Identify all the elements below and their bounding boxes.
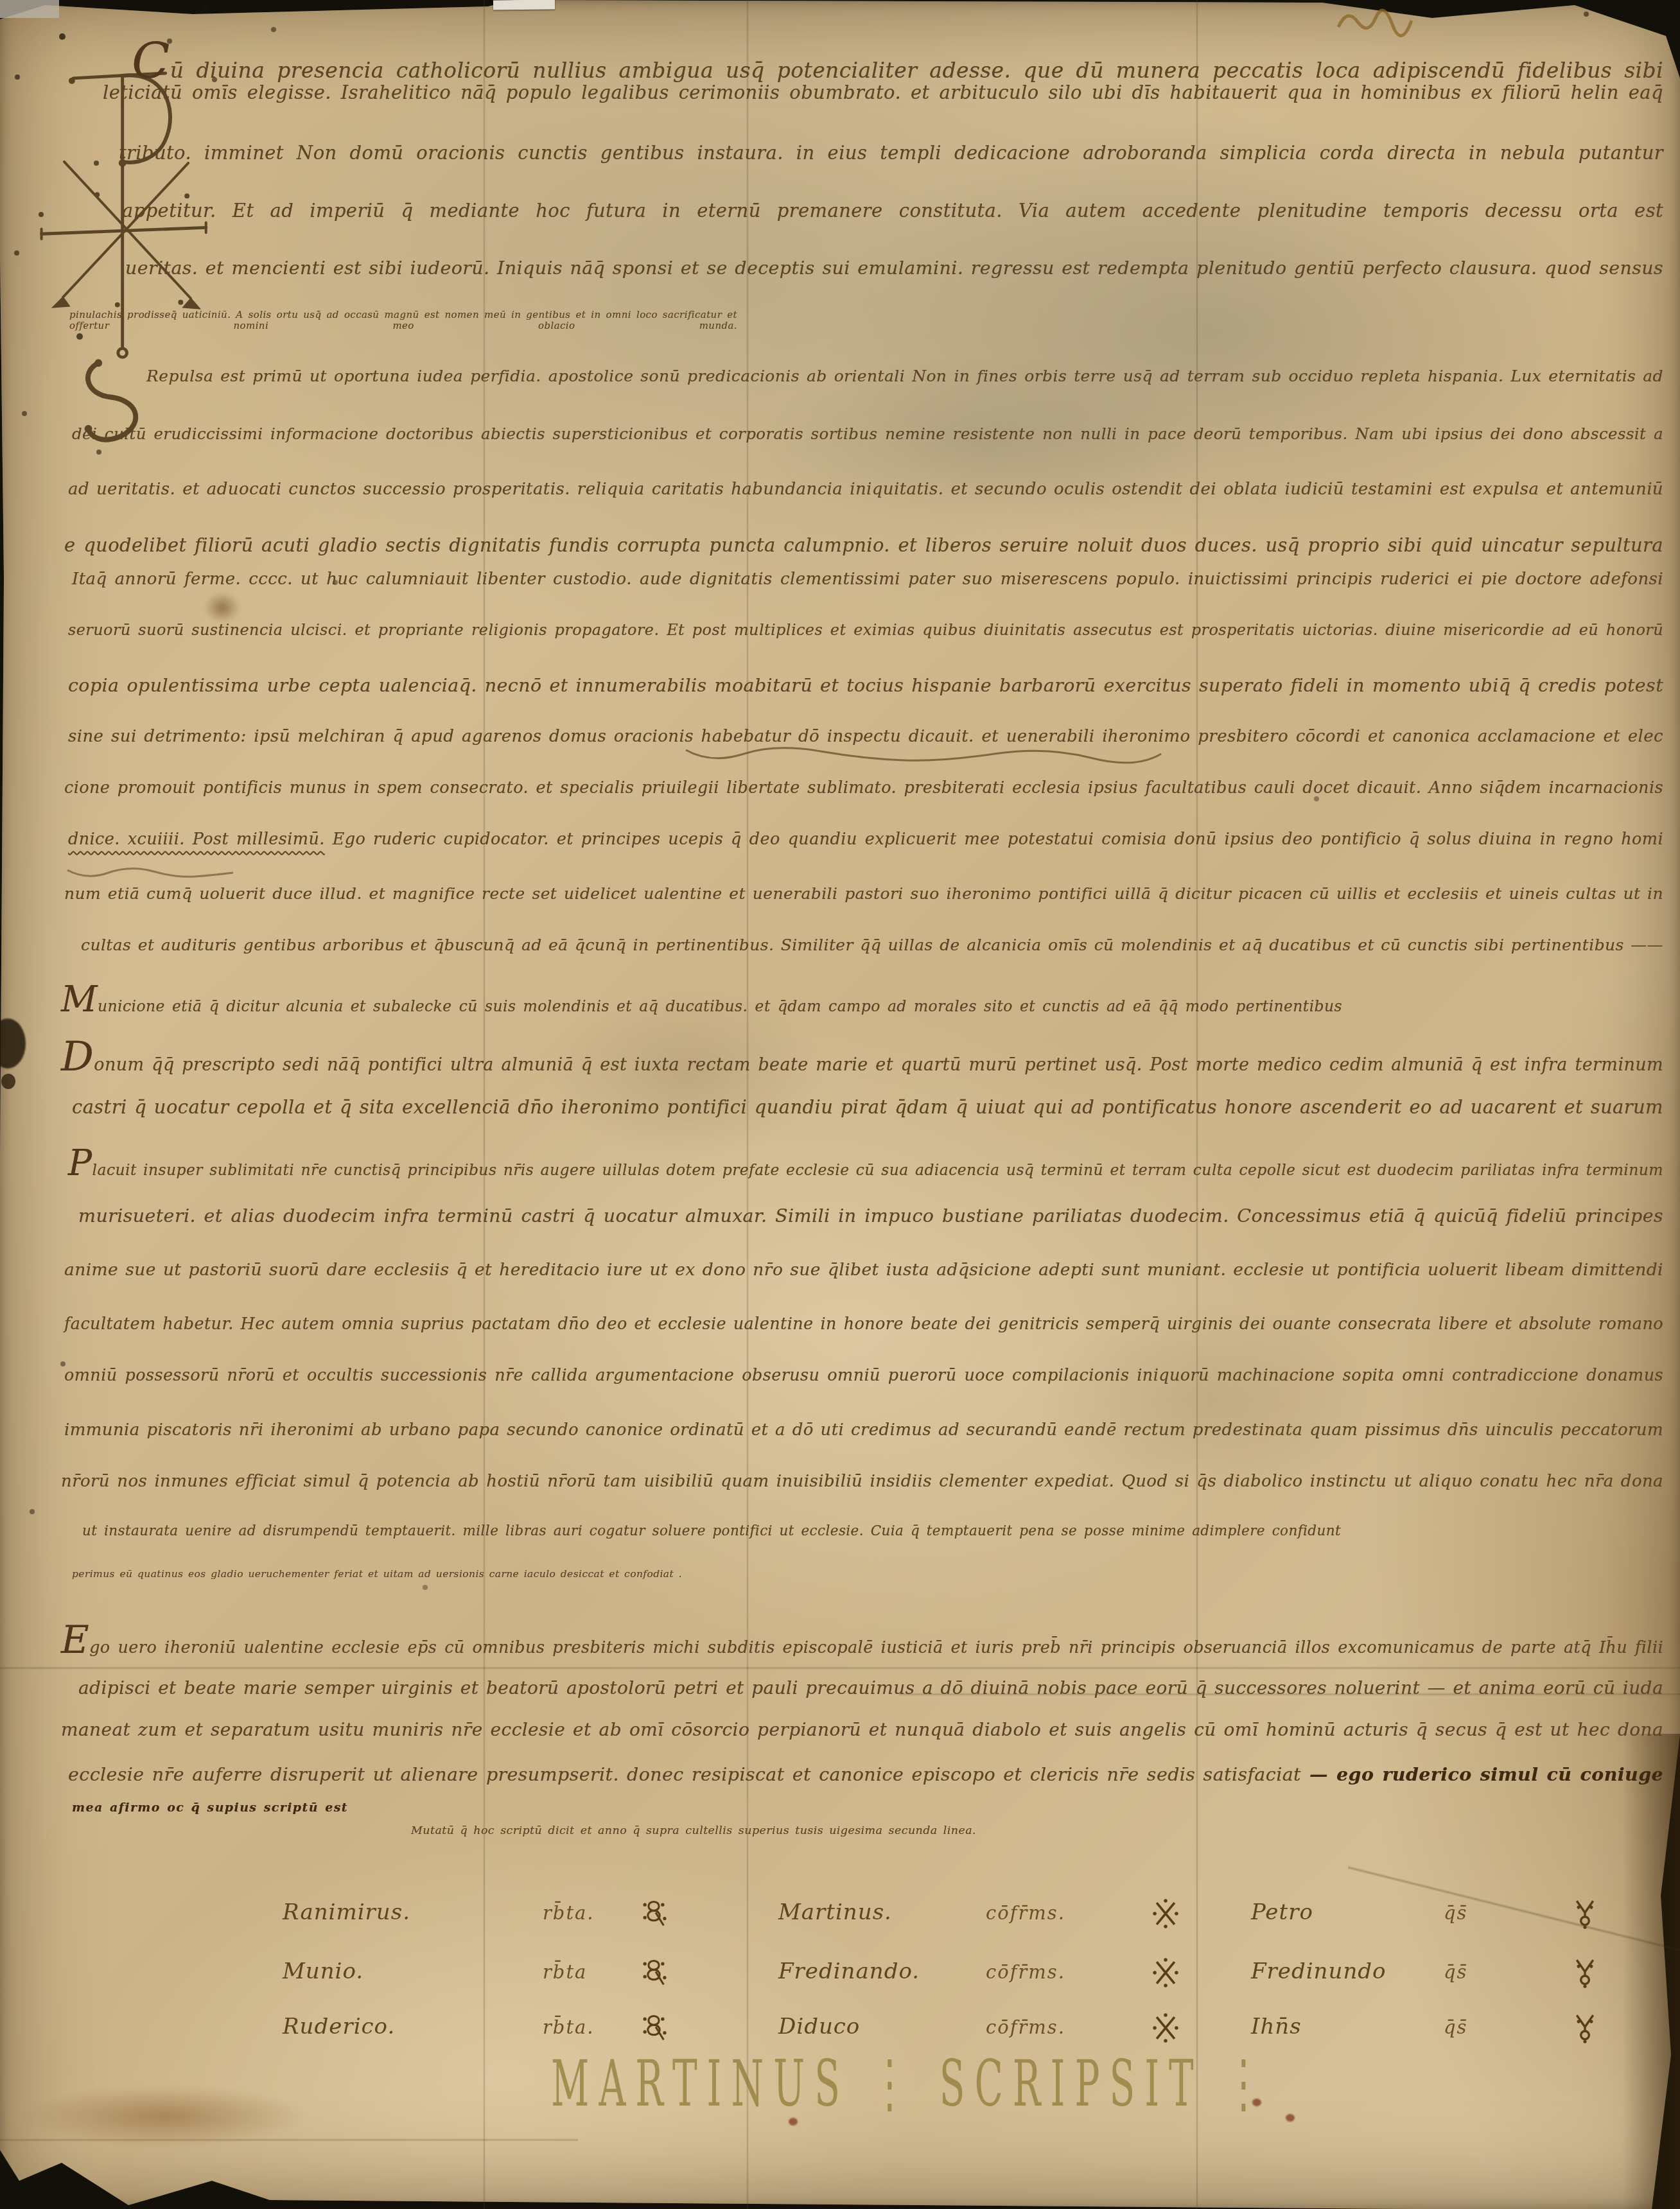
ink-blot (1, 1074, 15, 1089)
manuscript-line: leticiatū omīs elegisse. Israhelitico nā… (103, 82, 1663, 103)
manuscript-line: nr̄orū nos inmunes efficiat simul q̄ pot… (61, 1472, 1663, 1491)
rho-signum-icon (641, 2013, 667, 2043)
charter-photo: Cū diuina presencia catholicorū nullius … (0, 0, 1680, 2209)
manuscript-line: adipisci et beate marie semper uirginis … (78, 1678, 1663, 1698)
manuscript-line: dnice. xcuiiii. Post millesimū. Ego rude… (68, 830, 1663, 849)
manuscript-line: appetitur. Et ad imperiū q̄ mediante hoc… (122, 200, 1663, 221)
manuscript-line: ad ueritatis. et aduocati cunctos succes… (68, 480, 1663, 499)
manuscript-line: Donum q̄q̄ prescripto sedi nāq̄ pontific… (61, 1042, 1663, 1075)
witness-confirmation-mark: cōfr̄ms. (986, 2016, 1065, 2038)
witness-confirmation-mark: cōfr̄ms. (986, 1902, 1065, 1924)
cross-signum-icon (1153, 1898, 1178, 1929)
manuscript-line: facultatem habetur. Hec autem omnia supr… (64, 1315, 1663, 1334)
subscription-note: Mutatū q̄ hoc scriptū dicit et anno q̄ s… (411, 1825, 976, 1838)
archive-mark-icon (1334, 4, 1418, 39)
rho-signum-icon (641, 1957, 667, 1988)
manuscript-line: immunia piscatoris nr̄i iheronimi ab urb… (64, 1421, 1663, 1440)
manuscript-line: maneat zum et separatum usitu muniris nr… (61, 1720, 1663, 1740)
autograph-line: mea afirmo oc q̄ supius scriptū est (72, 1801, 348, 1815)
witness-confirmation-mark: rb̄ta (543, 1961, 587, 1983)
autograph-fragment: — ego ruderico simul cū coniuge (1301, 1763, 1663, 1785)
witness-confirmation-mark: cōfr̄ms. (986, 1961, 1065, 1983)
manuscript-line: seruorū suorū sustinencia ulcisci. et pr… (68, 622, 1663, 639)
witness-name: Diduco (778, 2014, 860, 2039)
witness-confirmation-mark: q̄s̄ (1444, 2016, 1467, 2038)
manuscript-line: Ego uero iheroniū ualentine ecclesie ep̄… (61, 1627, 1663, 1657)
stain (23, 2086, 306, 2147)
manuscript-line: cultas et audituris gentibus arboribus e… (81, 936, 1663, 954)
witness-confirmation-mark: rb̄ta. (543, 2016, 595, 2038)
manuscript-line: ecclesie nr̄e auferre disruperit ut alie… (68, 1765, 1663, 1785)
cross-signum-icon (1153, 2013, 1178, 2043)
manuscript-line: Itaq̄ annorū ferme. cccc. ut huc calumni… (72, 570, 1663, 589)
manuscript-line: copia opulentissima urbe cepta ualenciaq… (68, 676, 1663, 696)
manuscript-line: sine sui detrimento: ipsū melchiran q̄ a… (68, 728, 1663, 746)
edge-stain (1622, 1734, 1680, 2209)
fold-crease (0, 1666, 1680, 1670)
witness-confirmation-mark: rb̄ta. (543, 1902, 595, 1924)
manuscript-line: num etiā cumq̄ uoluerit duce illud. et m… (64, 885, 1663, 903)
cross-signum-icon (1153, 1957, 1178, 1988)
manuscript-line: pinulachis prodisseq̄ uaticiniū. A solis… (69, 310, 737, 331)
colophon-text: MARTINUS ⋮ SCRIPSIT ⋮ (551, 2046, 1155, 2121)
manuscript-line: Cū diuina presencia catholicorū nullius … (132, 44, 1663, 83)
witness-name: Ranimirus. (283, 1899, 410, 1925)
witness-name: Petro (1251, 1899, 1313, 1925)
manuscript-line: castri q̄ uocatur cepolla et q̄ sita exc… (72, 1097, 1663, 1117)
witness-name: Fredinundo (1251, 1959, 1387, 1984)
manuscript-line: dei cultū erudiccissimi informacione doc… (72, 425, 1663, 442)
rust-speck (1286, 2114, 1295, 2122)
edge-ink-marks (190, 0, 212, 14)
manuscript-line: tributo. imminet Non domū oracionis cunc… (119, 143, 1663, 163)
y-signum-icon (1572, 2013, 1598, 2043)
manuscript-line: murisueteri. et alias duodecim infra ter… (78, 1206, 1663, 1227)
manuscript-line: ut instaurata uenire ad disrumpendū temp… (82, 1524, 1341, 1539)
witness-name: Martinus. (778, 1899, 892, 1925)
manuscript-line: perimus eū quatinus eos gladio uerucheme… (72, 1569, 682, 1580)
manuscript-line: ueritas. et mencienti est sibi iudeorū. … (125, 258, 1663, 279)
rho-signum-icon (641, 1898, 667, 1929)
y-signum-icon (1572, 1898, 1598, 1929)
manuscript-line: Placuit insuper sublimitati nr̄e cunctis… (68, 1151, 1663, 1178)
paper-tab (493, 0, 555, 10)
witness-confirmation-mark: q̄s̄ (1444, 1961, 1467, 1983)
witness-name: Ihn̄s (1251, 2014, 1302, 2039)
photo-corner-highlight (0, 0, 59, 18)
manuscript-line: Repulsa est primū ut oportuna iudea perf… (146, 367, 1663, 385)
witness-name: Ruderico. (283, 2014, 395, 2039)
witness-name: Munio. (283, 1959, 363, 1984)
manuscript-line: e quodelibet filiorū acuti gladio sectis… (64, 535, 1663, 555)
witness-name: Fredinando. (778, 1959, 920, 1984)
manuscript-line: omniū possessorū nr̄orū et occultis succ… (64, 1366, 1663, 1385)
manuscript-line: cione promouit pontificis munus in spem … (64, 779, 1663, 798)
witness-confirmation-mark: q̄s̄ (1444, 1902, 1467, 1924)
dated-clause: dnice. xcuiiii. Post millesimū. (68, 830, 325, 849)
manuscript-line: anime sue ut pastoriū suorū dare ecclesi… (64, 1261, 1663, 1280)
y-signum-icon (1572, 1957, 1598, 1988)
manuscript-line: Municione etiā q̄ dicitur alcunia et sub… (61, 988, 1342, 1015)
stain (204, 592, 240, 623)
ink-speckles (0, 0, 3, 3)
